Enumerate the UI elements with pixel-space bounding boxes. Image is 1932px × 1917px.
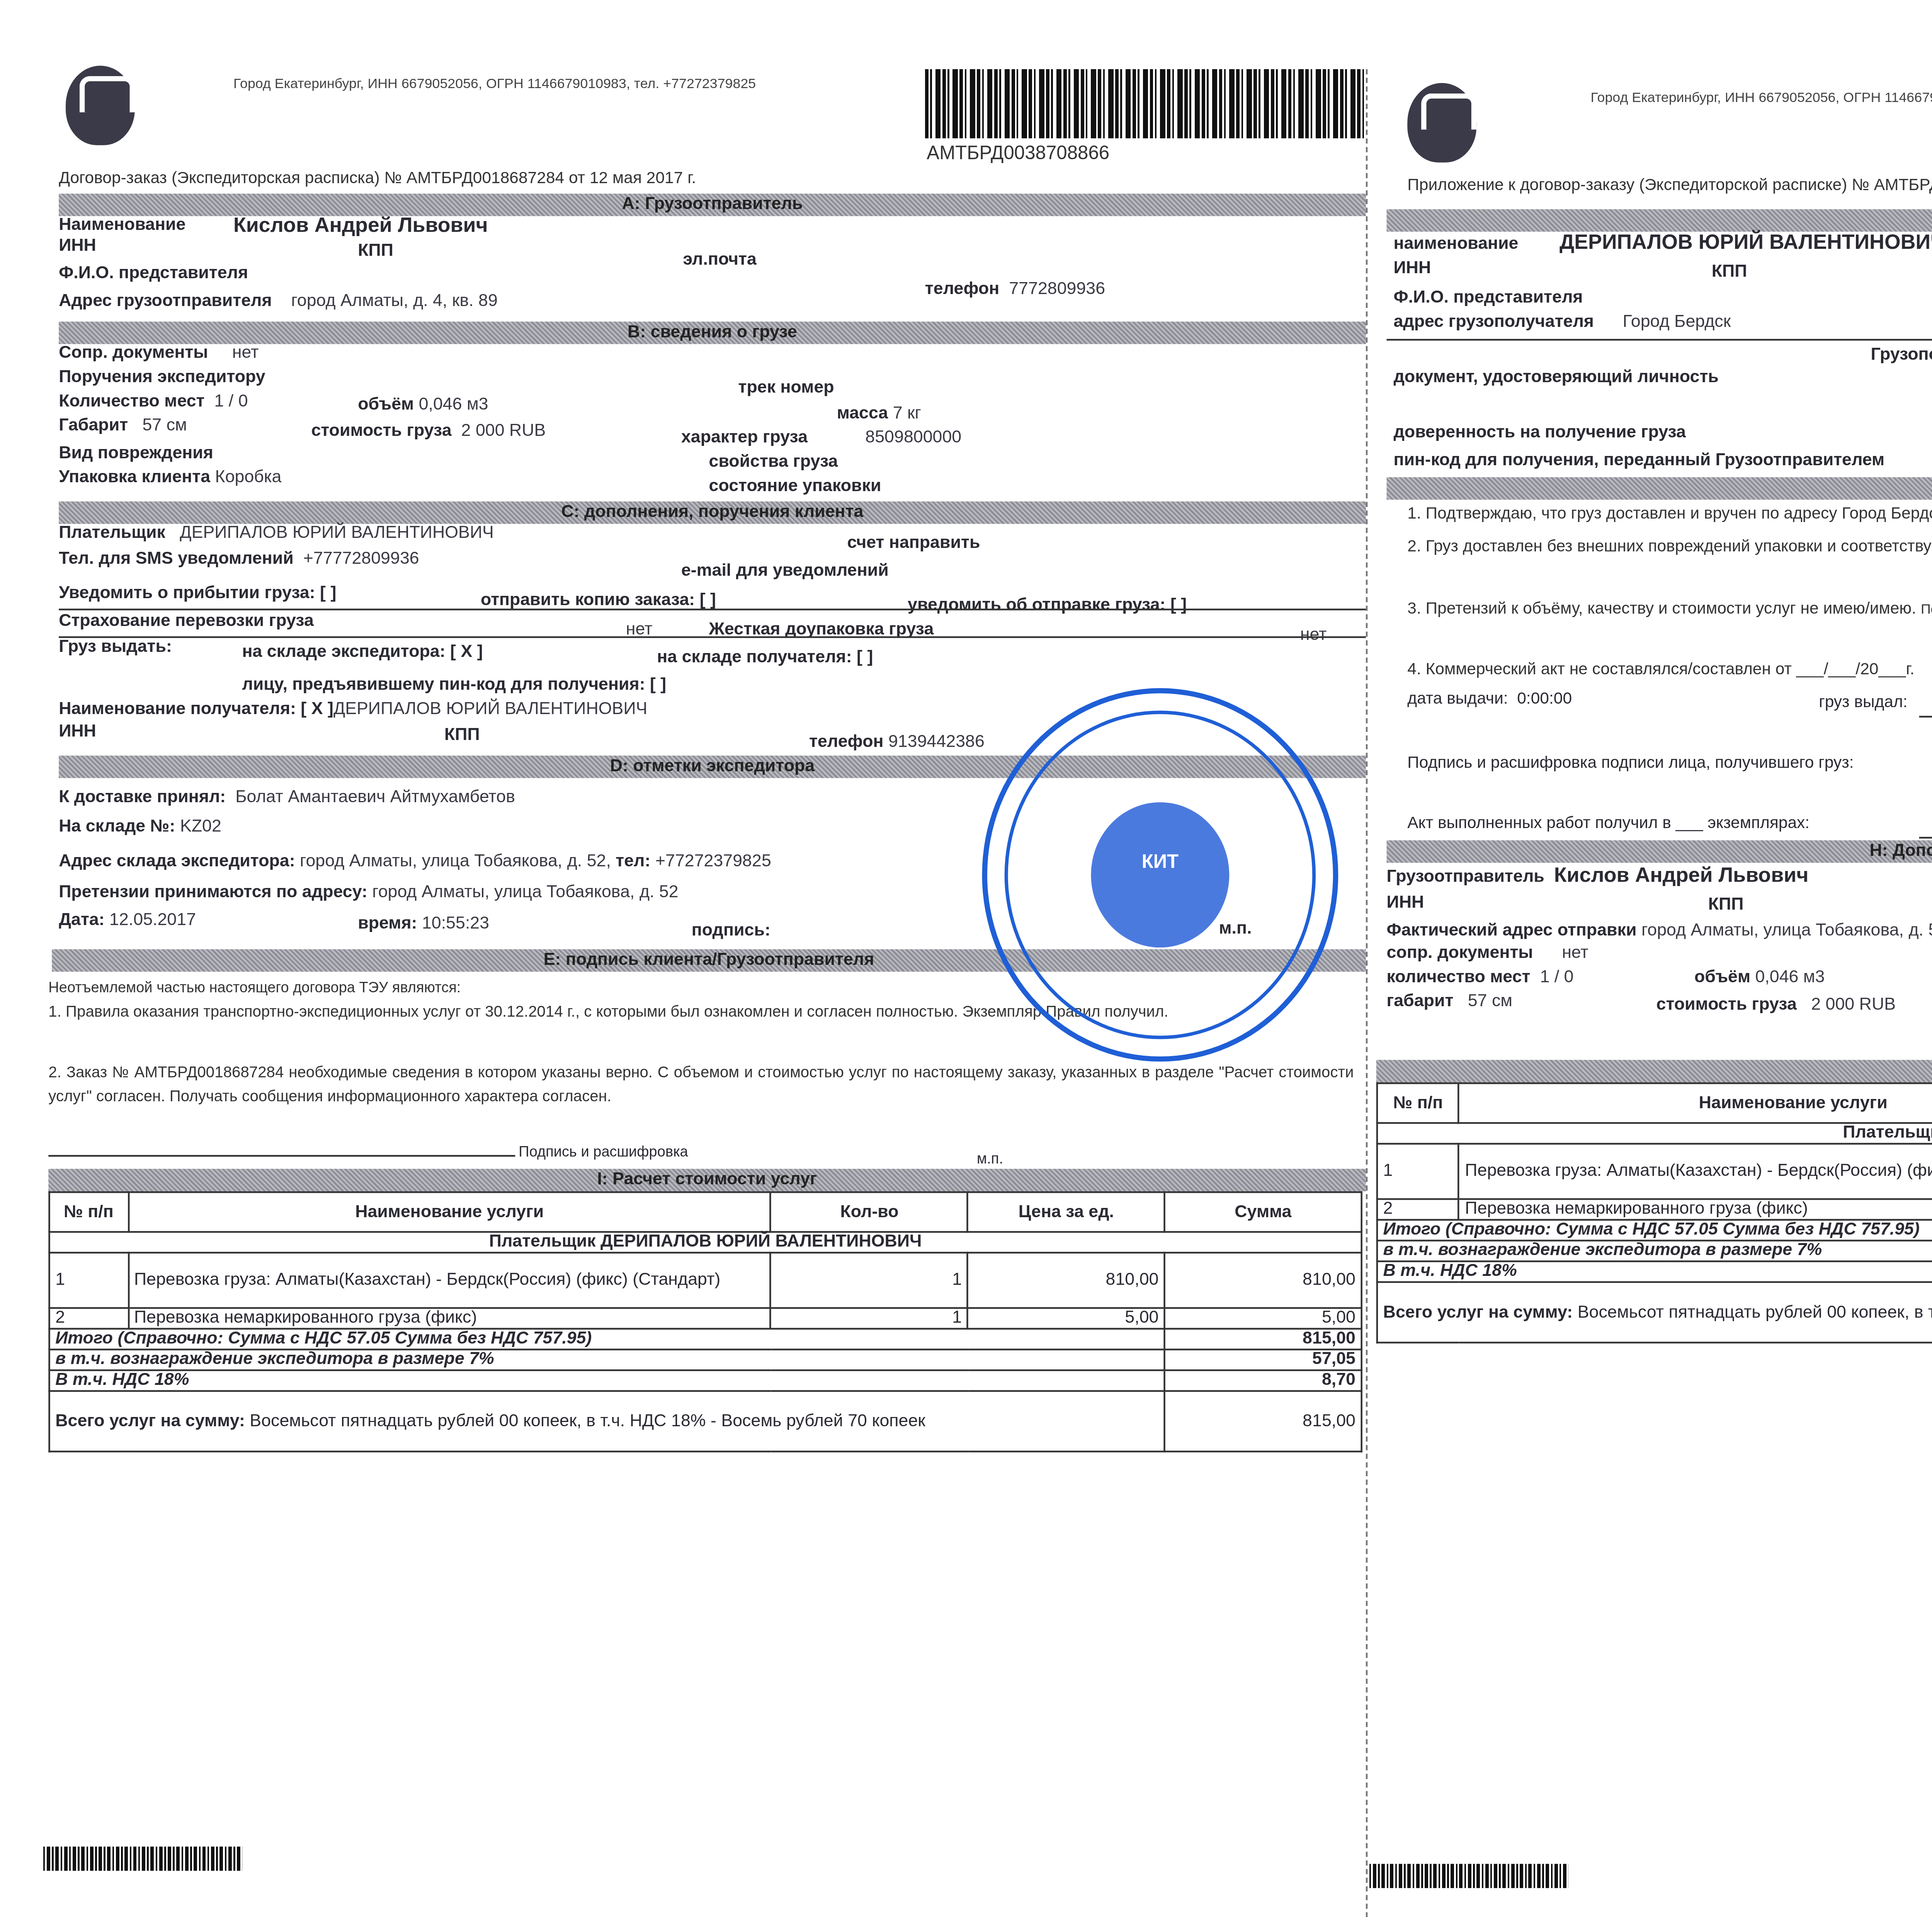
service-sum: 810,00: [1165, 1253, 1362, 1308]
recipient-name: ДЕРИПАЛОВ ЮРИЙ ВАЛЕНТИНОВИЧ: [1560, 232, 1932, 253]
payer-row: Плательщик ДЕРИПАЛОВ ЮРИЙ ВАЛЕНТИНОВИЧ: [1377, 1123, 1932, 1144]
table-header-row: № п/пНаименование услугиКол-воЦена за ед…: [49, 1192, 1362, 1232]
act-item-1: 1. Подтверждаю, что груз доставлен и вру…: [1407, 503, 1932, 527]
label: Сопр. документы: [59, 344, 208, 363]
issue-at-recipient-checkbox[interactable]: [ ]: [857, 648, 873, 667]
section-i-header: I: Расчет стоимости услуг: [1376, 1060, 1932, 1082]
notify-dispatch-checkbox[interactable]: [ ]: [1170, 597, 1187, 616]
cargo-size: 57 см: [1468, 992, 1512, 1011]
label: на складе экспедитора:: [242, 643, 445, 662]
table-row: 1Перевозка груза: Алматы(Казахстан) - Бе…: [49, 1253, 1362, 1308]
vat-row: В т.ч. НДС 18%8,70: [49, 1370, 1362, 1391]
label: стоимость груза: [311, 422, 451, 441]
label: подпись:: [692, 922, 770, 942]
recipient-checkbox[interactable]: [ X ]: [301, 700, 333, 719]
row-number: 2: [49, 1308, 128, 1329]
row-number: 1: [49, 1253, 128, 1308]
label: эл.почта: [683, 251, 757, 272]
company-info: Город Екатеринбург, ИНН 6679052056, ОГРН…: [233, 76, 756, 92]
service-qty: 1: [771, 1253, 968, 1308]
company-info: Город Екатеринбург, ИНН 6679052056, ОГРН…: [1591, 90, 1932, 105]
label: доверенность на получение груза: [1393, 424, 1686, 444]
issue-by-pin-checkbox[interactable]: [ ]: [650, 676, 666, 695]
label: лицу, предъявившему пин-код для получени…: [242, 676, 645, 695]
service-price: 810,00: [968, 1253, 1165, 1308]
column-header: Наименование услуги: [1459, 1083, 1932, 1123]
label: Страхование перевозки груза: [59, 612, 314, 631]
accept-time: 10:55:23: [422, 915, 489, 934]
column-header: Кол-во: [771, 1192, 968, 1232]
table-header-row: № п/пНаименование услугиКол-воЦена за ед…: [1377, 1083, 1932, 1123]
label: Ф.И.О. представителя: [59, 265, 248, 286]
label: тел:: [616, 852, 650, 871]
label: объём: [1694, 968, 1750, 987]
cargo-docs: нет: [232, 344, 259, 363]
label: Подпись и расшифровка подписи лица, полу…: [1407, 754, 1854, 775]
fee-row: в т.ч. вознаграждение экспедитора в разм…: [49, 1349, 1362, 1370]
label: Всего услуг на сумму:: [1383, 1303, 1578, 1322]
total-value: 57,05: [1165, 1349, 1362, 1370]
sms-phone: +77772809936: [303, 550, 419, 569]
page-divider: [1366, 69, 1367, 1917]
sender-phone: 7772809936: [1009, 280, 1105, 299]
recipient-phone: 9139442386: [888, 733, 985, 752]
label: Подпись и расшифровка: [519, 1141, 688, 1162]
total-label: В т.ч. НДС 18%: [1377, 1261, 1932, 1282]
payer-cell: Плательщик ДЕРИПАЛОВ ЮРИЙ ВАЛЕНТИНОВИЧ: [1377, 1123, 1932, 1144]
sender-address: город Алматы, д. 4, кв. 89: [291, 292, 497, 311]
warehouse-address: город Алматы, улица Тобаякова, д. 52,: [300, 852, 611, 871]
label: счет направить: [847, 534, 980, 555]
row-number: 1: [1377, 1144, 1459, 1199]
label: КПП: [1708, 896, 1744, 917]
services-table: № п/пНаименование услугиКол-воЦена за ед…: [1376, 1082, 1932, 1344]
warehouse-phone: +77272379825: [655, 852, 771, 871]
payer-name: ДЕРИПАЛОВ ЮРИЙ ВАЛЕНТИНОВИЧ: [180, 524, 494, 543]
cargo-places: 1 / 0: [214, 393, 248, 412]
signature-line: [48, 1155, 515, 1157]
barcode-icon: [1369, 1864, 1568, 1888]
total-row: Итого (Справочно: Сумма с НДС 57.05 Сумм…: [1377, 1220, 1932, 1241]
column-header: № п/п: [49, 1192, 128, 1232]
act-item-4: 4. Коммерческий акт не составлялся/соста…: [1407, 659, 1932, 683]
company-stamp: КИТ: [982, 688, 1338, 1061]
section-h-header: H: Дополнительная информация о заказе: [1387, 840, 1932, 863]
label: Груз выдать:: [59, 638, 172, 659]
service-name: Перевозка груза: Алматы(Казахстан) - Бер…: [128, 1253, 771, 1308]
section-i-header: I: Расчет стоимости услуг: [48, 1169, 1366, 1191]
label: телефон: [925, 280, 999, 299]
label: время:: [358, 915, 417, 934]
notify-arrival-checkbox[interactable]: [ ]: [320, 584, 336, 603]
label: ИНН: [59, 237, 96, 258]
label: e-mail для уведомлений: [681, 562, 889, 583]
label: ИНН: [59, 723, 96, 743]
grand-total-value: 815,00: [1165, 1391, 1362, 1452]
act-signature-line: [1919, 837, 1932, 839]
total-label: в т.ч. вознаграждение экспедитора в разм…: [49, 1349, 1165, 1370]
cargo-value: 2 000 RUB: [1811, 996, 1896, 1015]
label: На складе №:: [59, 818, 175, 837]
label: Наименование: [59, 216, 185, 237]
label: груз выдал:: [1819, 693, 1907, 714]
label: количество мест: [1387, 968, 1531, 987]
issue-at-forwarder-checkbox[interactable]: [ X ]: [450, 643, 483, 662]
recipient-name: ДЕРИПАЛОВ ЮРИЙ ВАЛЕНТИНОВИЧ: [333, 700, 648, 719]
label: Акт выполненных работ получил в ___ экзе…: [1407, 814, 1810, 835]
recipient-address: Город Бердск: [1623, 313, 1731, 332]
label: дата выдачи:: [1407, 690, 1508, 709]
divider: [1387, 339, 1932, 340]
accept-date: 12.05.2017: [109, 911, 196, 930]
label: сопр. документы: [1387, 944, 1533, 963]
grand-total-label: Всего услуг на сумму: Восемьсот пятнадца…: [1377, 1282, 1932, 1343]
divider: [59, 609, 1366, 610]
label: Жесткая доупаковка груза: [709, 621, 934, 641]
cargo-volume: 0,046 м3: [1755, 968, 1825, 987]
label: Претензии принимаются по адресу:: [59, 883, 367, 902]
column-header: № п/п: [1377, 1083, 1459, 1123]
document-title: Приложение к договор-заказу (Экспедиторс…: [1407, 176, 1932, 195]
label: Всего услуг на сумму:: [55, 1412, 250, 1431]
grand-total-row: Всего услуг на сумму: Восемьсот пятнадца…: [49, 1391, 1362, 1452]
cargo-packing: Коробка: [215, 469, 282, 488]
service-name: Перевозка немаркированного груза (фикс): [128, 1308, 771, 1329]
act-item-2: 2. Груз доставлен без внешних повреждени…: [1407, 534, 1932, 562]
label: КПП: [1712, 263, 1747, 284]
label: на складе получателя:: [657, 648, 852, 667]
service-qty: 1: [771, 1308, 968, 1329]
send-copy-checkbox[interactable]: [ ]: [700, 591, 716, 610]
label: документ, удостоверяющий личность: [1393, 368, 1718, 389]
label: м.п.: [977, 1148, 1003, 1169]
label: Габарит: [59, 417, 128, 435]
vat-row: В т.ч. НДС 18%8,70: [1377, 1261, 1932, 1282]
label: пин-код для получения, переданный Грузоо…: [1393, 451, 1884, 472]
actual-address: город Алматы, улица Тобаякова, д. 52: [1641, 922, 1932, 941]
sender-name: Кислов Андрей Львович: [1554, 863, 1809, 887]
section-c-header: C: дополнения, поручения клиента: [59, 502, 1366, 524]
row-number: 2: [1377, 1199, 1459, 1220]
label: КПП: [358, 242, 393, 263]
label: объём: [358, 396, 414, 415]
column-header: Сумма: [1165, 1192, 1362, 1232]
grand-total-label: Всего услуг на сумму: Восемьсот пятнадца…: [49, 1391, 1165, 1452]
label: стоимость груза: [1656, 996, 1797, 1015]
barcode-number: АМТБРД0038708866: [927, 143, 1109, 164]
service-name: Перевозка немаркированного груза (фикс): [1459, 1199, 1932, 1220]
label: КПП: [444, 726, 480, 747]
label: Дата:: [59, 911, 105, 930]
table-row: 1Перевозка груза: Алматы(Казахстан) - Бе…: [1377, 1144, 1932, 1199]
label: состояние упаковки: [709, 477, 881, 498]
label: ИНН: [1393, 259, 1431, 280]
label: телефон: [809, 733, 883, 752]
warehouse-number: KZ02: [180, 818, 221, 837]
act-item-3-note: Получать сообщения информационного харак…: [1921, 602, 1932, 617]
label: Упаковка клиента: [59, 469, 210, 488]
label: Адрес склада экспедитора:: [59, 852, 295, 871]
label: Тел. для SMS уведомлений: [59, 550, 294, 569]
total-label: Итого (Справочно: Сумма с НДС 57.05 Сумм…: [49, 1329, 1165, 1350]
label: К доставке принял:: [59, 788, 226, 807]
section-g-header: G: Акт выдачи груза: [1387, 477, 1932, 500]
services-table: № п/пНаименование услугиКол-воЦена за ед…: [48, 1191, 1362, 1453]
label: Грузополучателем предъявлено:: [1871, 346, 1932, 367]
grand-total-row: Всего услуг на сумму: Восемьсот пятнадца…: [1377, 1282, 1932, 1343]
service-name: Перевозка груза: Алматы(Казахстан) - Бер…: [1459, 1144, 1932, 1199]
label: ИНН: [1387, 894, 1424, 915]
barcode-icon: [925, 69, 1366, 138]
total-label: В т.ч. НДС 18%: [49, 1370, 1165, 1391]
sender-name: Кислов Андрей Львович: [233, 214, 488, 235]
payer-cell: Плательщик ДЕРИПАЛОВ ЮРИЙ ВАЛЕНТИНОВИЧ: [49, 1232, 1362, 1253]
label: масса: [837, 405, 888, 424]
label: характер груза: [681, 429, 808, 448]
act-item-3: 3. Претензий к объёму, качеству и стоимо…: [1407, 600, 1916, 619]
divider: [59, 636, 1366, 638]
issue-date: 0:00:00: [1517, 690, 1572, 709]
accepted-by: Болат Амантаевич Айтмухамбетов: [235, 788, 515, 807]
contract-page: Город Екатеринбург, ИНН 6679052056, ОГРН…: [0, 0, 1369, 1917]
label: Вид повреждения: [59, 444, 213, 465]
total-label: в т.ч. вознаграждение экспедитора в разм…: [1377, 1240, 1932, 1261]
column-header: Цена за ед.: [968, 1192, 1165, 1232]
label: Фактический адрес отправки: [1387, 922, 1637, 941]
label: Уведомить о прибытии груза:: [59, 584, 315, 603]
insurance-value: нет: [626, 621, 653, 641]
label: отправить копию заказа:: [481, 591, 695, 610]
service-sum: 5,00: [1165, 1308, 1362, 1329]
table-row: 2Перевозка немаркированного груза (фикс)…: [1377, 1199, 1932, 1220]
cargo-size: 57 см: [142, 417, 187, 435]
table-row: 2Перевозка немаркированного груза (фикс)…: [49, 1308, 1362, 1329]
section-b-header: B: сведения о грузе: [59, 321, 1366, 344]
label: адрес грузополучателя: [1393, 313, 1594, 332]
total-label: Итого (Справочно: Сумма с НДС 57.05 Сумм…: [1377, 1220, 1932, 1241]
claims-address: город Алматы, улица Тобаякова, д. 52: [372, 883, 678, 902]
total-row: Итого (Справочно: Сумма с НДС 57.05 Сумм…: [49, 1329, 1362, 1350]
label: свойства груза: [709, 453, 838, 474]
payer-row: Плательщик ДЕРИПАЛОВ ЮРИЙ ВАЛЕНТИНОВИЧ: [49, 1232, 1362, 1253]
cargo-nature: 8509800000: [865, 429, 961, 448]
label: габарит: [1387, 992, 1454, 1011]
cargo-volume: 0,046 м3: [419, 396, 488, 415]
label: Плательщик: [59, 524, 165, 543]
terms-item-2: 2. Заказ № АМТБРД0018687284 необходимые …: [48, 1060, 1354, 1108]
kit-logo-icon: [1407, 83, 1476, 163]
label: Наименование получателя:: [59, 700, 296, 719]
barcode-icon: [43, 1847, 242, 1871]
issued-by-signature-line: [1919, 716, 1932, 717]
total-value: 8,70: [1165, 1370, 1362, 1391]
document-title: Договор-заказ (Экспедиторская расписка) …: [59, 170, 696, 189]
label: уведомить об отправке груза:: [908, 597, 1165, 616]
column-header: Наименование услуги: [128, 1192, 771, 1232]
label: Поручения экспедитору: [59, 368, 265, 389]
cargo-docs: нет: [1562, 944, 1588, 963]
fee-row: в т.ч. вознаграждение экспедитора в разм…: [1377, 1240, 1932, 1261]
label: Количество мест: [59, 393, 204, 412]
cargo-places: 1 / 0: [1540, 968, 1573, 987]
total-value: 815,00: [1165, 1329, 1362, 1350]
label: Ф.И.О. представителя: [1393, 289, 1583, 310]
label: трек номер: [738, 379, 834, 400]
service-price: 5,00: [968, 1308, 1165, 1329]
section-f-header: F: Грузополучатель: [1387, 209, 1932, 231]
cargo-mass: 7 кг: [893, 405, 921, 424]
label: Грузоотправитель: [1387, 868, 1544, 887]
label: наименование: [1393, 235, 1518, 256]
appendix-page: Город Екатеринбург, ИНН 6679052056, ОГРН…: [1369, 0, 1932, 1917]
cargo-value: 2 000 RUB: [461, 422, 546, 441]
stamp-label: КИТ: [987, 853, 1333, 874]
kit-logo-icon: [66, 66, 135, 145]
label: Адрес грузоотправителя: [59, 292, 272, 311]
